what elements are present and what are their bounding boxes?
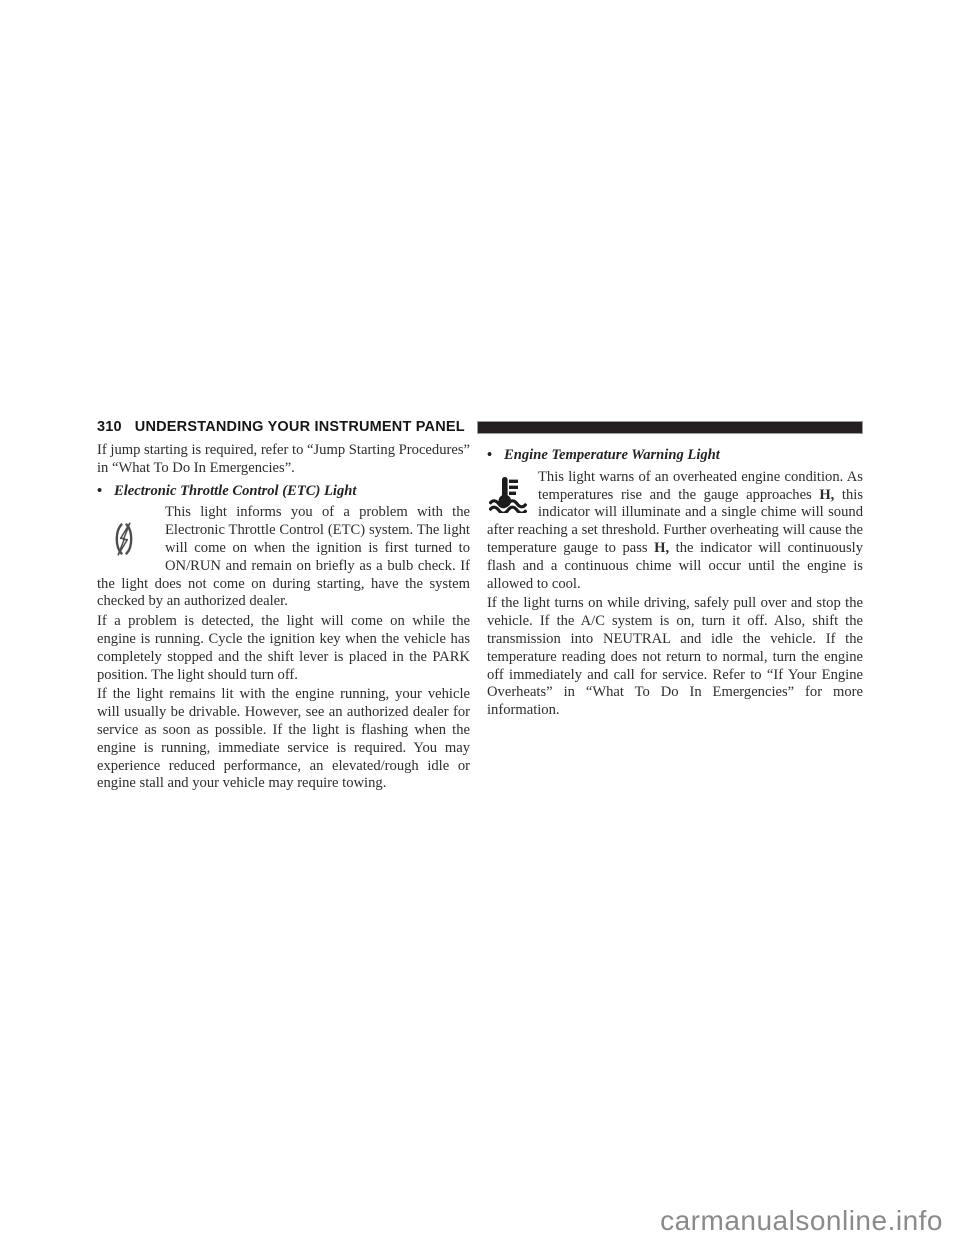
engine-temp-description-paragraph: This light warns of an overheated engine… (487, 469, 863, 594)
right-column: • Engine Temperature Warning Light (487, 442, 863, 795)
engine-temp-heading-text: Engine Temperature Warning Light (504, 447, 720, 465)
page-header: 310 UNDERSTANDING YOUR INSTRUMENT PANEL (97, 419, 863, 435)
etc-description-paragraph: This light informs you of a problem with… (97, 504, 470, 611)
engine-temp-heading: • Engine Temperature Warning Light (487, 447, 863, 465)
header-rule-bar (477, 421, 863, 434)
temp-para1-h-bold: H, (819, 487, 834, 503)
etc-heading-text: Electronic Throttle Control (ETC) Light (114, 483, 356, 501)
bullet-icon: • (487, 447, 504, 465)
temp-para1-a: This light warns of an overheated engine… (538, 469, 863, 503)
engine-temp-action-paragraph: If the light turns on while driving, saf… (487, 595, 863, 720)
page-content: 310 UNDERSTANDING YOUR INSTRUMENT PANEL … (97, 419, 863, 795)
page-number: 310 (97, 419, 122, 435)
etc-remains-lit-paragraph: If the light remains lit with the engine… (97, 686, 470, 793)
temp-para1-h-bold: H, (654, 540, 669, 556)
engine-temperature-warning-icon (487, 469, 538, 521)
chapter-title: UNDERSTANDING YOUR INSTRUMENT PANEL (135, 419, 465, 435)
left-column: If jump starting is required, refer to “… (97, 442, 470, 795)
etc-warning-icon (97, 504, 165, 574)
etc-problem-paragraph: If a problem is detected, the light will… (97, 613, 470, 684)
etc-light-heading: • Electronic Throttle Control (ETC) Ligh… (97, 483, 470, 501)
jump-start-paragraph: If jump starting is required, refer to “… (97, 442, 470, 478)
two-column-text: If jump starting is required, refer to “… (97, 442, 863, 795)
watermark: carmanualsonline.info (660, 1205, 943, 1237)
bullet-icon: • (97, 483, 114, 501)
